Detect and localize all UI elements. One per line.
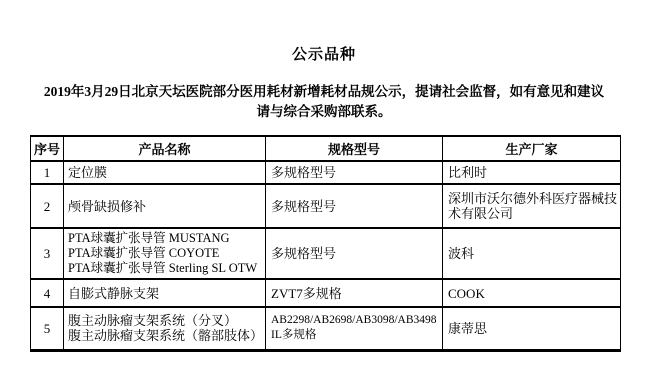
- cell-seq: 4: [31, 279, 64, 307]
- cell-seq: 1: [31, 161, 64, 184]
- table-row: 3 PTA球囊扩张导管 MUSTANG PTA球囊扩张导管 COYOTE PTA…: [31, 228, 621, 279]
- cell-manufacturer: 比利时: [443, 161, 621, 184]
- cell-seq: 5: [31, 307, 64, 350]
- cell-spec: ZVT7多规格: [266, 279, 443, 307]
- cell-manufacturer: 波科: [443, 228, 621, 279]
- cell-product: 自膨式静脉支架: [64, 279, 266, 307]
- table-row: 4 自膨式静脉支架 ZVT7多规格 COOK: [31, 279, 621, 307]
- cell-spec: 多规格型号: [266, 184, 443, 228]
- cell-spec: AB2298/AB2698/AB3098/AB3498IL多规格: [266, 307, 443, 350]
- cell-product: PTA球囊扩张导管 MUSTANG PTA球囊扩张导管 COYOTE PTA球囊…: [64, 228, 266, 279]
- cell-product: 腹主动脉瘤支架系统（分叉） 腹主动脉瘤支架系统（髂部肢体）: [64, 307, 266, 350]
- cell-manufacturer: COOK: [443, 279, 621, 307]
- cell-manufacturer: 深圳市沃尔德外科医疗器械技术有限公司: [443, 184, 621, 228]
- table-row: 1 定位膜 多规格型号 比利时: [31, 161, 621, 184]
- column-header-seq: 序号: [31, 136, 64, 161]
- table-header-row: 序号 产品名称 规格型号 生产厂家: [31, 136, 621, 161]
- cell-seq: 2: [31, 184, 64, 228]
- table-row: 2 颅骨缺损修补 多规格型号 深圳市沃尔德外科医疗器械技术有限公司: [31, 184, 621, 228]
- document-page: 公示品种 2019年3月29日北京天坛医院部分医用耗材新增耗材品规公示，提请社会…: [0, 0, 648, 390]
- column-header-spec: 规格型号: [266, 136, 443, 161]
- cell-seq: 3: [31, 228, 64, 279]
- cell-product: 定位膜: [64, 161, 266, 184]
- table-row: 5 腹主动脉瘤支架系统（分叉） 腹主动脉瘤支架系统（髂部肢体） AB2298/A…: [31, 307, 621, 350]
- cell-spec: 多规格型号: [266, 228, 443, 279]
- notice-paragraph: 2019年3月29日北京天坛医院部分医用耗材新增耗材品规公示，提请社会监督，如有…: [24, 82, 624, 122]
- page-title: 公示品种: [0, 47, 648, 64]
- cell-spec: 多规格型号: [266, 161, 443, 184]
- cell-product: 颅骨缺损修补: [64, 184, 266, 228]
- column-header-product: 产品名称: [64, 136, 266, 161]
- cell-manufacturer: 康蒂思: [443, 307, 621, 350]
- column-header-manufacturer: 生产厂家: [443, 136, 621, 161]
- products-table: 序号 产品名称 规格型号 生产厂家 1 定位膜 多规格型号 比利时 2 颅骨缺损…: [30, 135, 621, 352]
